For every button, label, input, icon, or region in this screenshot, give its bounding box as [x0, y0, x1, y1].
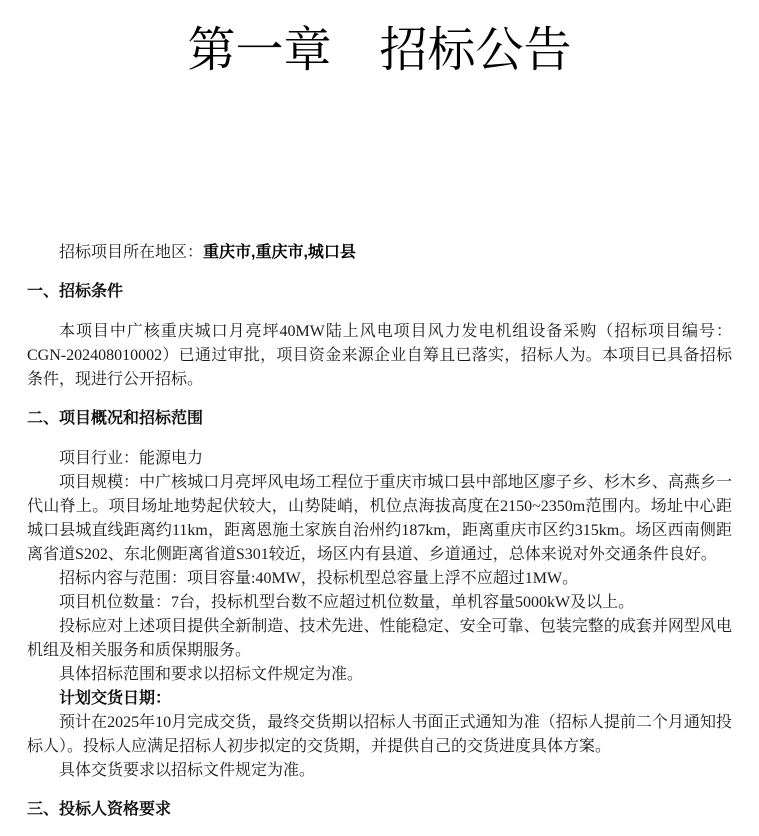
- paragraph-project-scale: 项目规模：中广核城口月亮坪风电场工程位于重庆市城口县中部地区廖子乡、杉木乡、高燕…: [27, 471, 732, 567]
- section-heading-bidding-conditions: 一、招标条件: [27, 280, 732, 304]
- paragraph-bid-requirement: 投标应对上述项目提供全新制造、技术先进、性能稳定、安全可靠、包装完整的成套并网型…: [27, 615, 732, 663]
- section-heading-bidder-qualification: 三、投标人资格要求: [27, 798, 732, 822]
- title-gap: [0, 82, 759, 241]
- paragraph-delivery-plan: 预计在2025年10月完成交货，最终交货期以招标人书面正式通知为准（招标人提前二…: [27, 711, 732, 759]
- paragraph-project-industry: 项目行业：能源电力: [27, 447, 732, 471]
- document-page: 第一章 招标公告 招标项目所在地区：重庆市,重庆市,城口县 一、招标条件 本项目…: [0, 0, 759, 836]
- document-body: 招标项目所在地区：重庆市,重庆市,城口县 一、招标条件 本项目中广核重庆城口月亮…: [27, 241, 732, 822]
- paragraph-delivery-note: 具体交货要求以招标文件规定为准。: [27, 759, 732, 783]
- paragraph-scope-note: 具体招标范围和要求以招标文件规定为准。: [27, 663, 732, 687]
- paragraph-unit-count: 项目机位数量：7台，投标机型台数不应超过机位数量，单机容量5000kW及以上。: [27, 591, 732, 615]
- paragraph-delivery-date-heading: 计划交货日期：: [27, 687, 732, 711]
- paragraph-bid-scope: 招标内容与范围：项目容量:40MW，投标机型总容量上浮不应超过1MW。: [27, 567, 732, 591]
- chapter-title: 第一章 招标公告: [0, 0, 759, 82]
- project-location-line: 招标项目所在地区：重庆市,重庆市,城口县: [27, 241, 732, 265]
- paragraph-bidding-conditions: 本项目中广核重庆城口月亮坪40MW陆上风电项目风力发电机组设备采购（招标项目编号…: [27, 320, 732, 392]
- project-location-value: 重庆市,重庆市,城口县: [203, 244, 356, 261]
- project-location-label: 招标项目所在地区：: [59, 244, 203, 261]
- section-heading-project-overview: 二、项目概况和招标范围: [27, 407, 732, 431]
